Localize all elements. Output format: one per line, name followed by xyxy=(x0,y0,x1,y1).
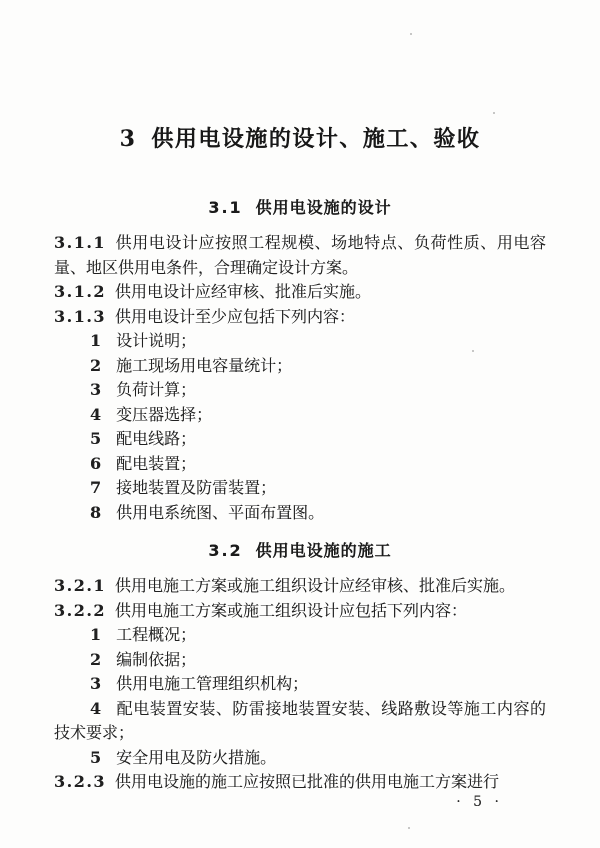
item-text: 供用电系统图、平面布置图。 xyxy=(116,503,324,522)
list-item-3-1-3-4: 4变压器选择； xyxy=(54,403,546,428)
item-number: 8 xyxy=(90,503,101,522)
clause-text: 供用电设计应经审核、批准后实施。 xyxy=(115,282,371,301)
item-number: 3 xyxy=(90,380,101,399)
item-number: 4 xyxy=(90,699,101,718)
list-item-3-1-3-6: 6配电装置； xyxy=(54,452,546,477)
item-text: 负荷计算； xyxy=(116,380,196,399)
item-number: 2 xyxy=(90,650,101,669)
item-number: 1 xyxy=(90,331,101,350)
scan-speck xyxy=(408,827,410,829)
clause-text: 供用电设计至少应包括下列内容： xyxy=(115,307,355,326)
page-content: 3供用电设施的设计、施工、验收 3.1供用电设施的设计 3.1.1供用电设计应按… xyxy=(0,0,600,795)
section-title-text: 供用电设施的设计 xyxy=(256,198,392,217)
section-heading-3-1: 3.1供用电设施的设计 xyxy=(54,197,546,219)
list-item-3-2-2-1: 1工程概况； xyxy=(54,623,546,648)
item-number: 2 xyxy=(90,356,101,375)
item-number: 1 xyxy=(90,625,101,644)
chapter-title: 3供用电设施的设计、施工、验收 xyxy=(54,0,546,156)
scan-speck xyxy=(472,350,474,352)
item-text: 施工现场用电容量统计； xyxy=(116,356,292,375)
clause-3-2-2: 3.2.2供用电施工方案或施工组织设计应包括下列内容： xyxy=(54,599,546,624)
item-number: 3 xyxy=(90,674,101,693)
item-number: 5 xyxy=(90,748,101,767)
clause-text: 供用电设施的施工应按照已批准的供用电施工方案进行 xyxy=(115,772,499,791)
list-item-3-1-3-5: 5配电线路； xyxy=(54,427,546,452)
item-text: 配电线路； xyxy=(116,429,196,448)
clause-number: 3.1.2 xyxy=(54,282,106,301)
clause-3-1-1: 3.1.1供用电设计应按照工程规模、场地特点、负荷性质、用电容量、地区供用电条件… xyxy=(54,231,546,280)
list-item-3-2-2-3: 3供用电施工管理组织机构； xyxy=(54,672,546,697)
item-text: 变压器选择； xyxy=(116,405,212,424)
clause-number: 3.1.1 xyxy=(54,233,106,252)
clause-3-1-3: 3.1.3供用电设计至少应包括下列内容： xyxy=(54,305,546,330)
list-item-3-1-3-3: 3负荷计算； xyxy=(54,378,546,403)
list-item-3-2-2-5: 5安全用电及防火措施。 xyxy=(54,746,546,771)
item-text: 配电装置； xyxy=(116,454,196,473)
clause-text: 供用电施工方案或施工组织设计应经审核、批准后实施。 xyxy=(115,576,515,595)
chapter-number: 3 xyxy=(120,126,137,152)
list-item-3-2-2-4: 4配电装置安装、防雷接地装置安装、线路敷设等施工内容的技术要求； xyxy=(54,697,546,746)
item-number: 7 xyxy=(90,478,101,497)
clause-3-1-2: 3.1.2供用电设计应经审核、批准后实施。 xyxy=(54,280,546,305)
list-item-3-1-3-8: 8供用电系统图、平面布置图。 xyxy=(54,501,546,526)
clause-text: 供用电施工方案或施工组织设计应包括下列内容： xyxy=(115,601,467,620)
section-number: 3.2 xyxy=(208,541,242,560)
item-text: 接地装置及防雷装置； xyxy=(116,478,276,497)
item-text: 供用电施工管理组织机构； xyxy=(116,674,308,693)
clause-text: 供用电设计应按照工程规模、场地特点、负荷性质、用电容量、地区供用电条件，合理确定… xyxy=(54,233,546,277)
item-text: 工程概况； xyxy=(116,625,196,644)
scanned-document-page: 3供用电设施的设计、施工、验收 3.1供用电设施的设计 3.1.1供用电设计应按… xyxy=(0,0,600,848)
section-title-text: 供用电设施的施工 xyxy=(256,541,392,560)
page-number: · 5 · xyxy=(456,794,503,810)
item-text: 安全用电及防火措施。 xyxy=(116,748,276,767)
clause-number: 3.1.3 xyxy=(54,307,106,326)
clause-number: 3.2.2 xyxy=(54,601,106,620)
chapter-title-text: 供用电设施的设计、施工、验收 xyxy=(151,127,480,152)
list-item-3-1-3-2: 2施工现场用电容量统计； xyxy=(54,354,546,379)
item-number: 4 xyxy=(90,405,101,424)
list-item-3-1-3-7: 7接地装置及防雷装置； xyxy=(54,476,546,501)
clause-3-2-3: 3.2.3供用电设施的施工应按照已批准的供用电施工方案进行 xyxy=(54,770,546,795)
scan-speck xyxy=(410,33,412,35)
item-text: 编制依据； xyxy=(116,650,196,669)
list-item-3-2-2-2: 2编制依据； xyxy=(54,648,546,673)
scan-speck xyxy=(493,112,495,114)
item-text: 设计说明； xyxy=(116,331,196,350)
section-heading-3-2: 3.2供用电设施的施工 xyxy=(54,540,546,562)
item-number: 5 xyxy=(90,429,101,448)
item-number: 6 xyxy=(90,454,101,473)
clause-3-2-1: 3.2.1供用电施工方案或施工组织设计应经审核、批准后实施。 xyxy=(54,574,546,599)
clause-number: 3.2.1 xyxy=(54,576,106,595)
item-text: 配电装置安装、防雷接地装置安装、线路敷设等施工内容的技术要求； xyxy=(54,699,546,743)
clause-number: 3.2.3 xyxy=(54,772,106,791)
section-number: 3.1 xyxy=(208,198,242,217)
